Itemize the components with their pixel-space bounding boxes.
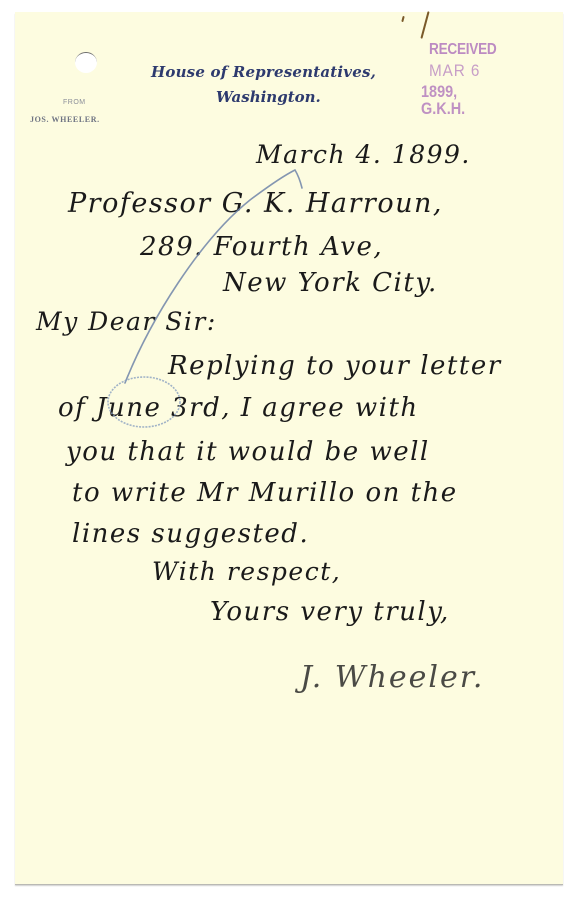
closing-line: Yours very truly, [210, 597, 450, 627]
stamp-year-initials: 1899, G.K.H. [421, 83, 504, 117]
closing-line: With respect, [152, 557, 341, 586]
letter-date: March 4. 1899. [256, 140, 471, 169]
salutation: My Dear Sir: [36, 307, 217, 336]
recipient-street: 289. Fourth Ave, [140, 232, 383, 262]
body-line: lines suggested. [72, 519, 309, 549]
body-line: of June 3rd, I agree with [58, 393, 419, 423]
scanned-letter-stage: FROM JOS. WHEELER. House of Representati… [0, 0, 576, 905]
stamp-received-text: RECEIVED [429, 42, 496, 58]
recipient-city: New York City. [223, 268, 438, 298]
body-line: Replying to your letter [168, 351, 502, 381]
body-line: you that it would be well [66, 437, 430, 467]
letterhead-subtitle: Washington. [216, 88, 321, 106]
stamp-date-text: MAR 6 [429, 62, 480, 79]
recipient-name: Professor G. K. Harroun, [68, 188, 443, 219]
signature: J. Wheeler. [300, 660, 484, 695]
from-label: FROM [63, 99, 86, 106]
letterhead-title: House of Representatives, [151, 63, 383, 81]
hole-punch-mark [75, 52, 97, 73]
body-line: to write Mr Murillo on the [72, 478, 458, 508]
sender-name: JOS. WHEELER. [30, 115, 100, 124]
